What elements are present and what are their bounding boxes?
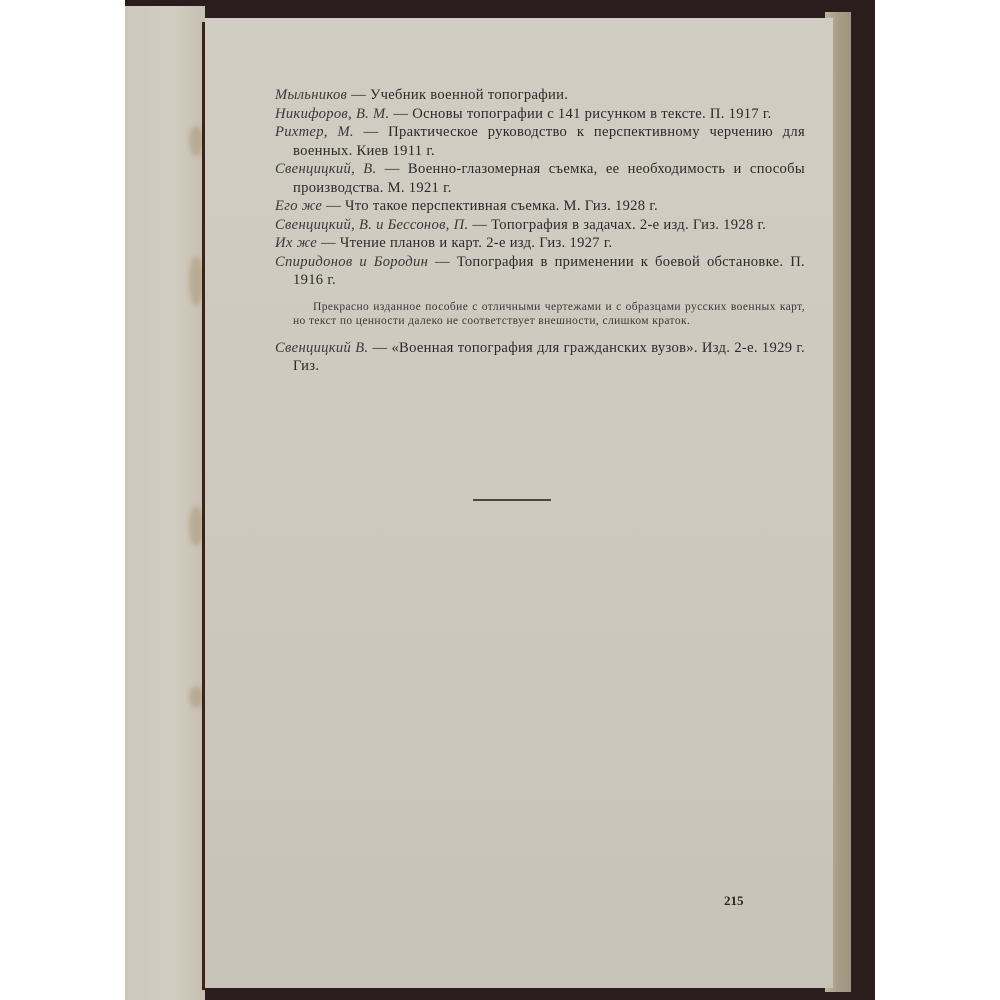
bibliography-entry: Их же — Чтение планов и карт. 2-е изд. Г… (275, 234, 805, 253)
entry-author: Мыльников (275, 87, 347, 103)
entry-author: Их же (275, 235, 317, 251)
right-page: Мыльников — Учебник военной топографии. … (205, 18, 833, 988)
bibliography-entry: Свенцицкий, В. и Бессонов, П. — Топограф… (275, 216, 805, 235)
entry-author: Свенцицкий, В. и Бессонов, П. (275, 217, 468, 233)
bibliography-entry: Рихтер, М. — Практическое руководство к … (275, 123, 805, 160)
entry-author: Спиридонов и Бородин (275, 254, 428, 270)
stain (189, 256, 203, 306)
bibliography-list: Мыльников — Учебник военной топографии. … (275, 86, 805, 376)
bibliography-entry: Его же — Что такое перспективная съемка.… (275, 197, 805, 216)
bibliography-entry: Свенцицкий В. — «Военная топография для … (275, 339, 805, 376)
bibliography-entry: Никифоров, В. М. — Основы топографии с 1… (275, 105, 805, 124)
left-page (125, 6, 205, 1000)
entry-text: — Что такое перспективная съемка. М. Гиз… (322, 198, 658, 214)
stain (189, 686, 203, 708)
entry-text: — Учебник военной топографии. (347, 87, 568, 103)
stain (189, 506, 203, 546)
entry-text: — Чтение планов и карт. 2-е изд. Гиз. 19… (317, 235, 612, 251)
entry-text: — «Военная топография для гражданских ву… (293, 340, 805, 375)
entry-author: Свенцицкий В. (275, 340, 368, 356)
annotation-note: Прекрасно изданное пособие с отличными ч… (293, 300, 805, 329)
entry-author: Никифоров, В. М. (275, 106, 389, 122)
entry-text: — Практическое руководство к перспективн… (293, 124, 805, 159)
page-number: 215 (724, 893, 744, 909)
entry-text: — Топография в задачах. 2-е изд. Гиз. 19… (468, 217, 766, 233)
entry-author: Рихтер, М. (275, 124, 354, 140)
bibliography-entry: Свенцицкий, В. — Военно-глазомерная съем… (275, 160, 805, 197)
bibliography-entry: Мыльников — Учебник военной топографии. (275, 86, 805, 105)
entry-text: — Основы топографии с 141 рисунком в тек… (389, 106, 771, 122)
bibliography-entry: Спиридонов и Бородин — Топография в прим… (275, 253, 805, 290)
entry-author: Его же (275, 198, 322, 214)
stain (189, 126, 203, 156)
section-divider (473, 499, 551, 501)
entry-author: Свенцицкий, В. (275, 161, 376, 177)
